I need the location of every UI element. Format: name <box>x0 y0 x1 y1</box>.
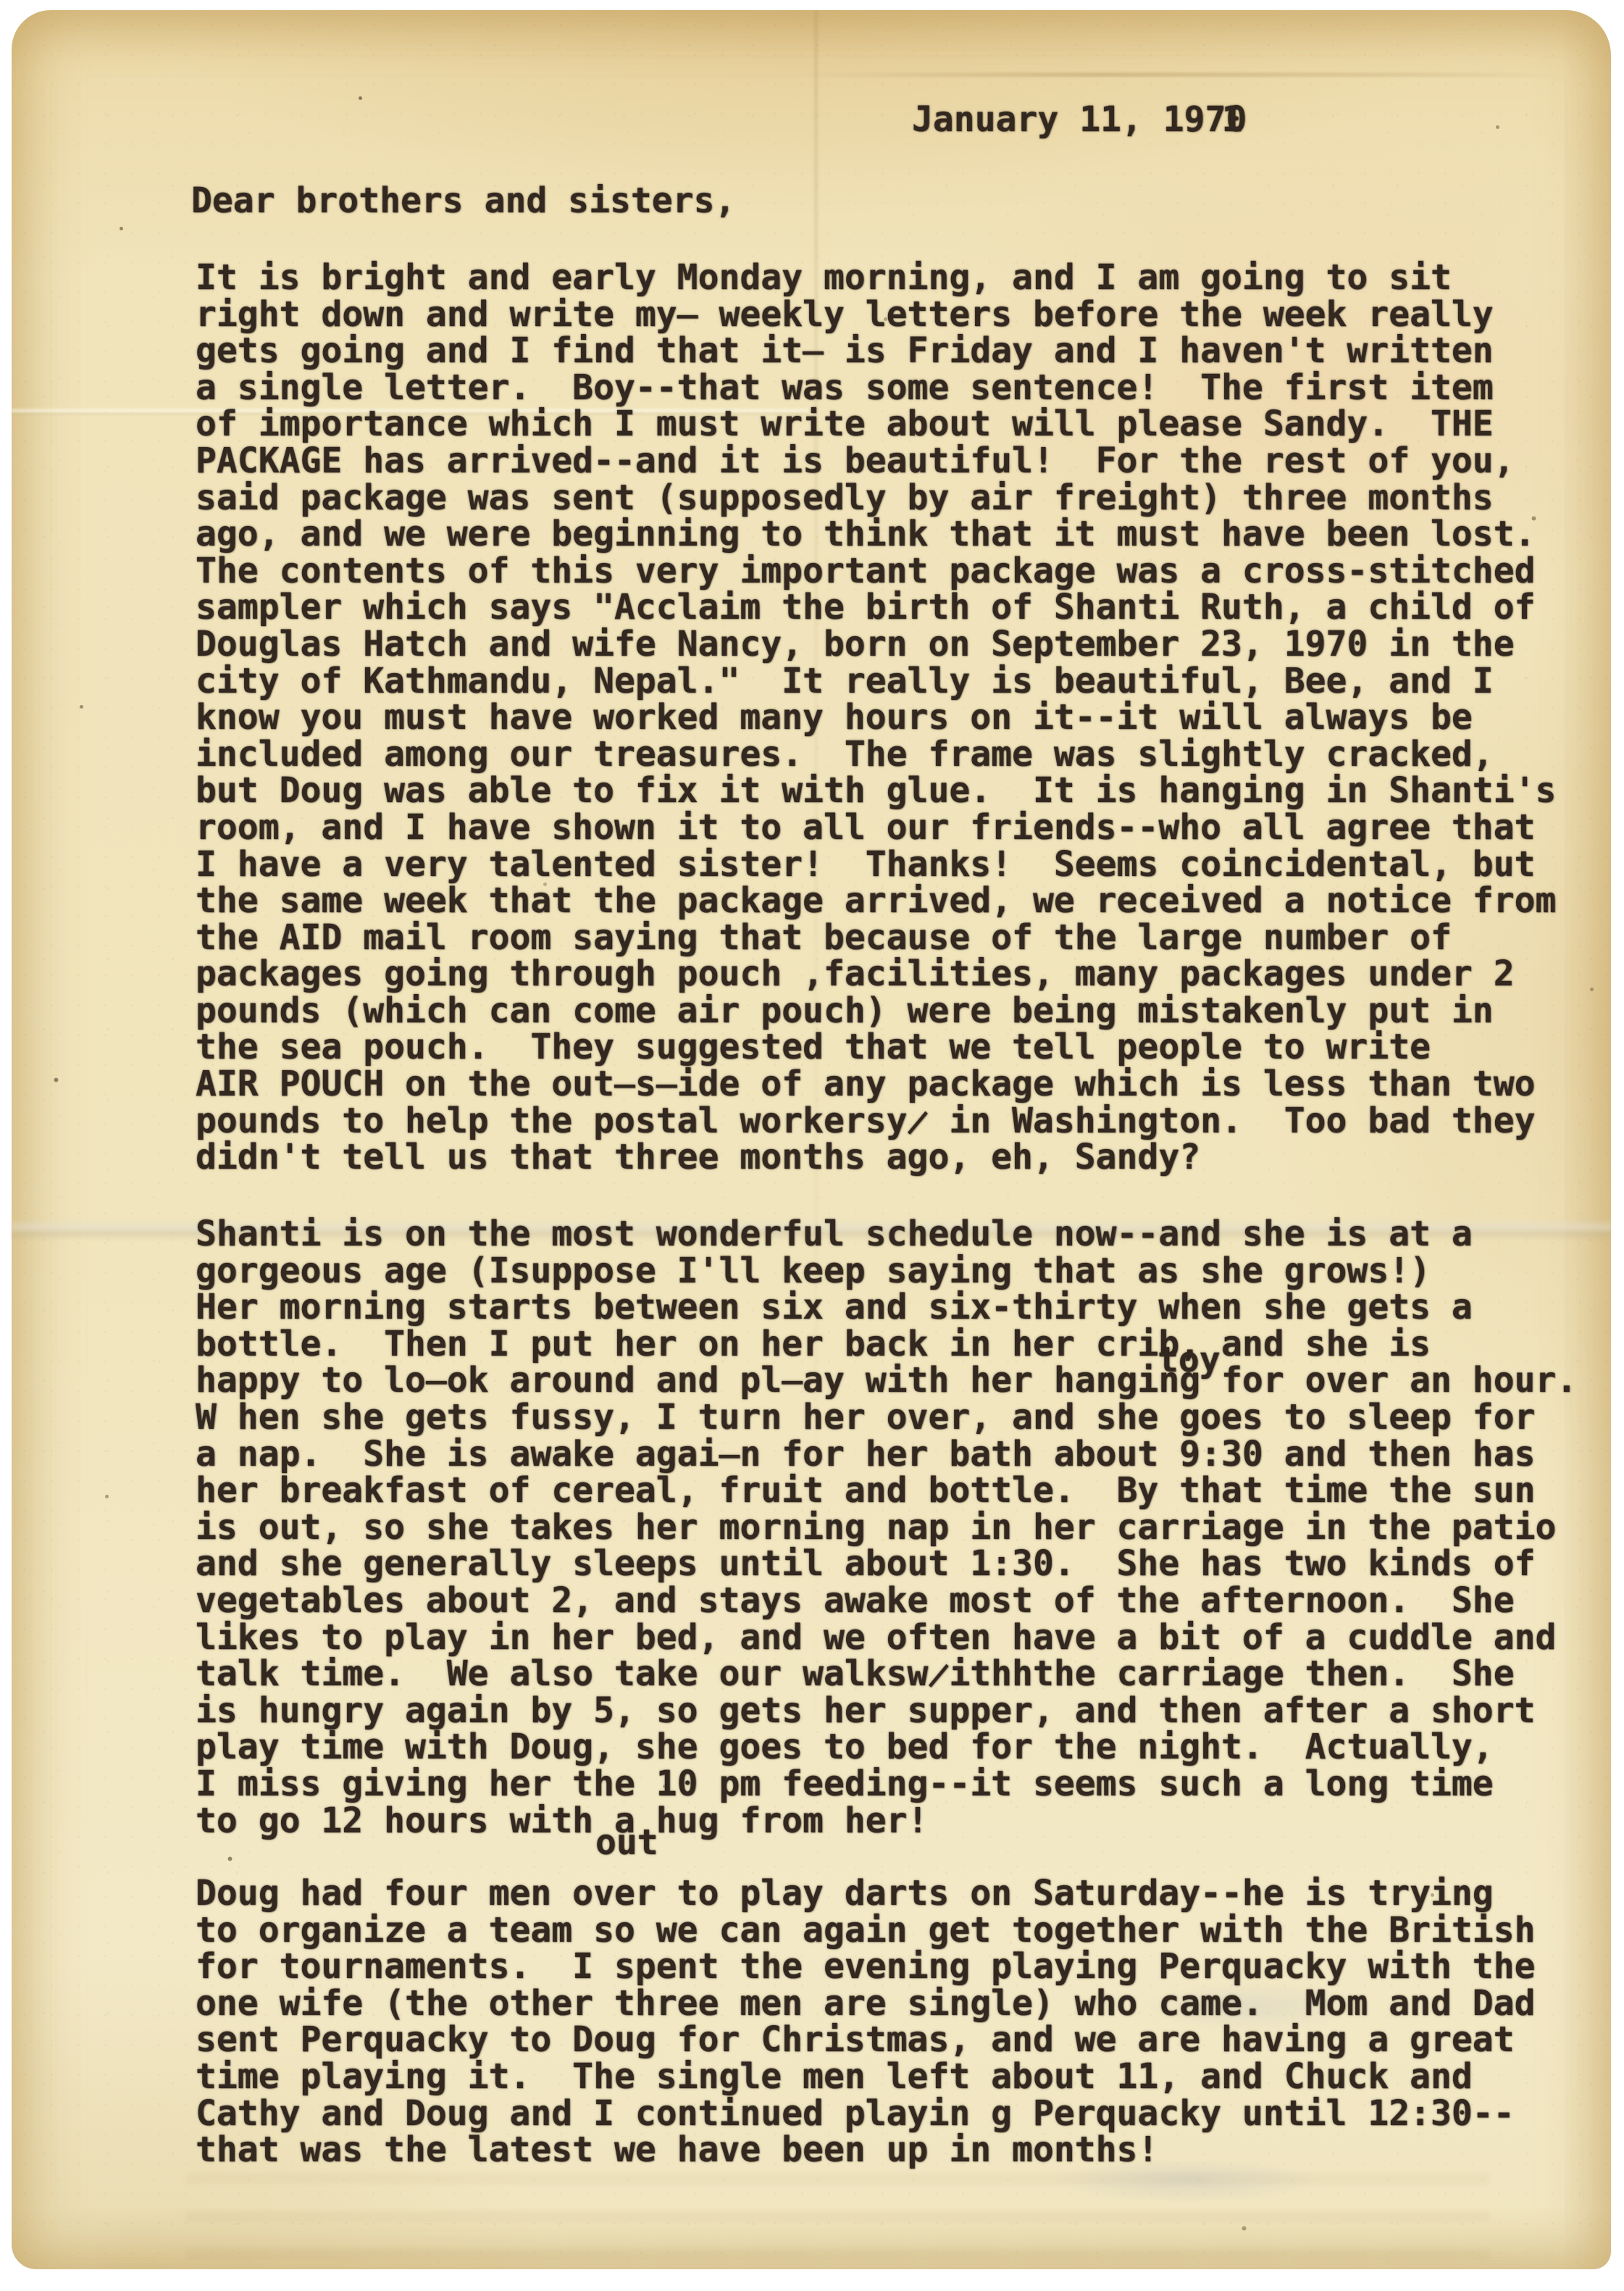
salutation: Dear brothers and sisters, <box>191 183 735 220</box>
typed-insertion-below-line: out <box>595 1824 658 1861</box>
paper-crease-top <box>794 72 1562 77</box>
paper-specks <box>12 10 14 12</box>
date-text: January 11, 197 <box>912 99 1226 140</box>
paragraph-3: Doug had four men over to play darts on … <box>196 1875 1536 2169</box>
typed-insertion-above-line: toy <box>1158 1342 1221 1379</box>
scanned-letter: January 11, 19701 Dear brothers and sist… <box>0 0 1624 2291</box>
paragraph-1: It is bright and early Monday morning, a… <box>196 259 1556 1176</box>
date-overstruck-character: 01 <box>1226 101 1247 138</box>
paragraph-2: Shanti is on the most wonderful schedule… <box>196 1216 1577 1839</box>
date-line: January 11, 19701 <box>912 101 1247 138</box>
letter-page: January 11, 19701 Dear brothers and sist… <box>12 10 1611 2269</box>
